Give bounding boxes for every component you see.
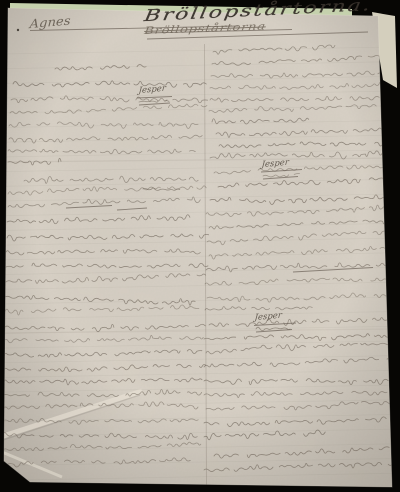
ink-dot [17,29,19,31]
paper-surface-group [0,0,400,492]
manuscript-page-svg [0,0,400,492]
manuscript-photo: Bröllopstårtorna. Bröllopstårtorna Agnes… [0,0,400,492]
